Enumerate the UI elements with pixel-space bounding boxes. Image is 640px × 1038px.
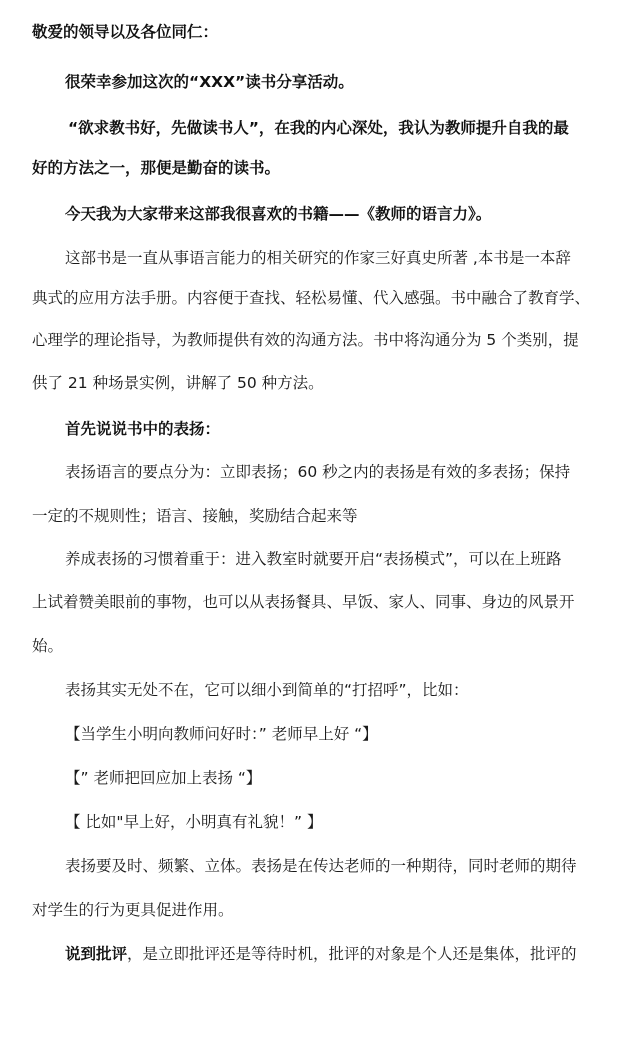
quote-line-1: “欲求教书好，先做读书人”，在我的内心深处，我认为教师提升自我的最: [0, 118, 640, 138]
example-2: 【” 老师把回应加上表扬 “】: [0, 768, 640, 788]
example-3: 【 比如"早上好，小明真有礼貌！” 】: [0, 812, 640, 832]
quote-line-2: 好的方法之一，那便是勤奋的读书。: [0, 158, 640, 178]
timely-line-1: 表扬要及时、频繁、立体。表扬是在传达老师的一种期待，同时老师的期待: [0, 856, 640, 876]
praise-points-line-2: 一定的不规则性；语言、接触，奖励结合起来等: [0, 506, 640, 526]
habit-line-2: 上试着赞美眼前的事物，也可以从表扬餐具、早饭、家人、同事、身边的风景开: [0, 592, 640, 612]
criticism-bold-lead: 说到批评: [65, 945, 127, 963]
habit-line-1: 养成表扬的习惯着重于：进入教室时就要开启“表扬模式”，可以在上班路: [0, 549, 640, 569]
book-desc-line-1: 这部书是一直从事语言能力的相关研究的作家三好真史所著 ,本书是一本辞: [0, 248, 640, 268]
habit-line-3: 始。: [0, 636, 640, 656]
example-1: 【当学生小明向教师问好时：” 老师早上好 “】: [0, 724, 640, 744]
book-desc-line-4: 供了 21 种场景实例，讲解了 50 种方法。: [0, 373, 640, 393]
document-page: 敬爱的领导以及各位同仁： 很荣幸参加这次的“XXX”读书分享活动。 “欲求教书好…: [0, 0, 640, 1038]
salutation: 敬爱的领导以及各位同仁：: [0, 22, 640, 42]
intro-paragraph: 很荣幸参加这次的“XXX”读书分享活动。: [0, 72, 640, 92]
everywhere-paragraph: 表扬其实无处不在，它可以细小到简单的“打招呼”，比如：: [0, 680, 640, 700]
book-desc-line-3: 心理学的理论指导，为教师提供有效的沟通方法。书中将沟通分为 5 个类别，提: [0, 330, 640, 350]
praise-points-line-1: 表扬语言的要点分为：立即表扬；60 秒之内的表扬是有效的多表扬；保持: [0, 462, 640, 482]
book-intro: 今天我为大家带来这部我很喜欢的书籍——《教师的语言力》。: [0, 204, 640, 224]
timely-line-2: 对学生的行为更具促进作用。: [0, 900, 640, 920]
criticism-paragraph: 说到批评，是立即批评还是等待时机，批评的对象是个人还是集体，批评的: [0, 944, 640, 964]
criticism-rest: ，是立即批评还是等待时机，批评的对象是个人还是集体，批评的: [127, 945, 577, 963]
book-desc-line-2: 典式的应用方法手册。内容便于查找、轻松易懂、代入感强。书中融合了教育学、: [0, 288, 640, 308]
praise-heading: 首先说说书中的表扬：: [0, 419, 640, 439]
